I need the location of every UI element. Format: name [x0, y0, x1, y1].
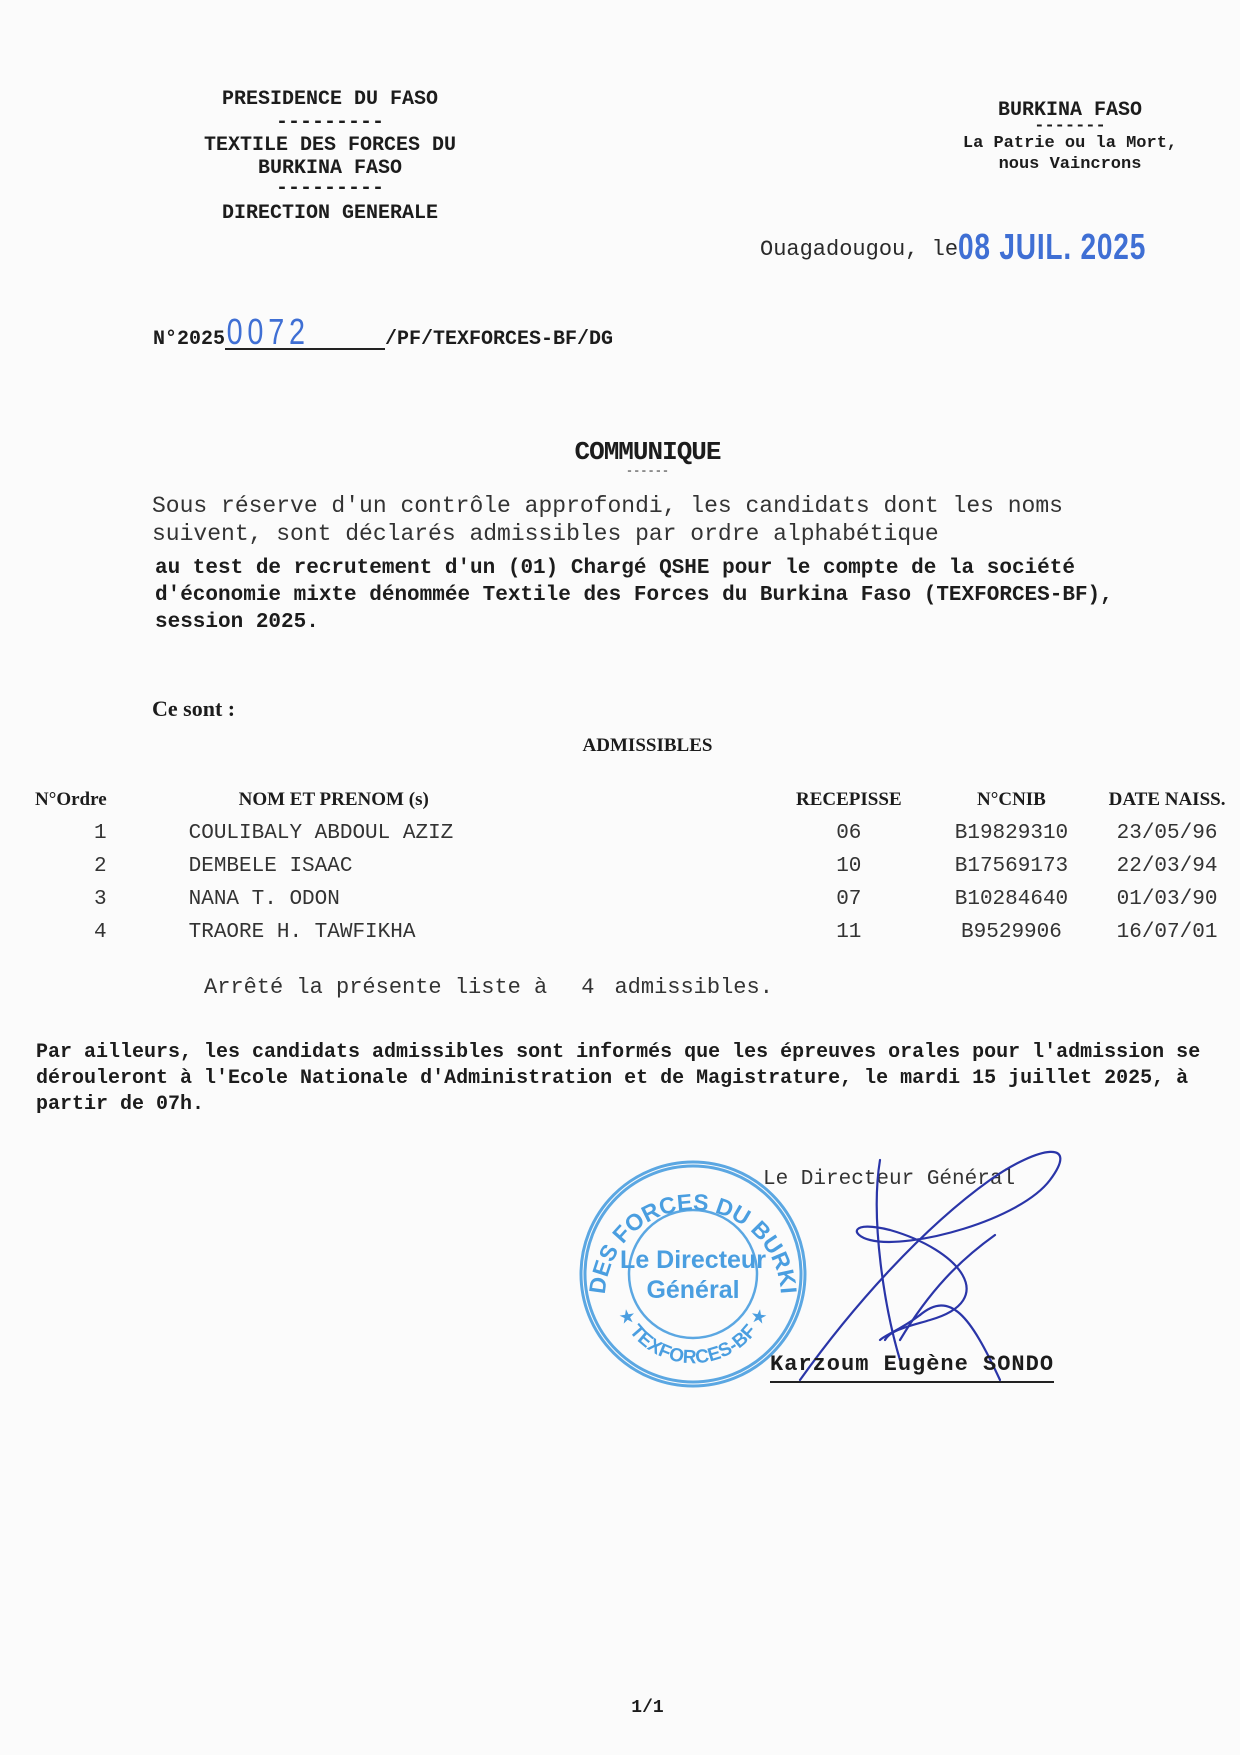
- seal-bottom-text: ★ TEXFORCES-BF ★: [613, 1305, 772, 1369]
- admissibles-count: 4: [581, 975, 594, 1000]
- reference-number: N°20250072/PF/TEXFORCES-BF/DG: [153, 316, 613, 351]
- cell-receipt: 07: [759, 883, 929, 916]
- cell-receipt: 06: [759, 817, 929, 850]
- closing-suffix: admissibles.: [614, 975, 772, 1000]
- table-row: 2 DEMBELE ISAAC 10 B17569173 22/03/94: [30, 850, 1240, 883]
- cell-birthdate: 22/03/94: [1094, 850, 1240, 883]
- country-header: BURKINA FASO ------- La Patrie ou la Mor…: [920, 100, 1220, 175]
- place-date: Ouagadougou, le08 JUIL. 2025: [760, 222, 1199, 264]
- cell-order: 3: [30, 883, 107, 916]
- list-title: ADMISSIBLES: [0, 735, 1240, 757]
- cell-order: 1: [30, 817, 107, 850]
- cell-birthdate: 16/07/01: [1094, 916, 1240, 949]
- reference-suffix: /PF/TEXFORCES-BF/DG: [385, 328, 613, 351]
- cell-receipt: 11: [759, 916, 929, 949]
- seal-center-line-2: Général: [646, 1276, 739, 1304]
- document-title: COMMUNIQUE: [0, 437, 1240, 467]
- cell-cnib: B17569173: [929, 850, 1094, 883]
- cell-cnib: B9529906: [929, 916, 1094, 949]
- cell-cnib: B10284640: [929, 883, 1094, 916]
- cell-name: NANA T. ODON: [107, 883, 759, 916]
- cell-name: TRAORE H. TAWFIKHA: [107, 916, 759, 949]
- date-stamp: 08 JUIL. 2025: [958, 226, 1146, 268]
- header-name: NOM ET PRENOM (s): [107, 783, 759, 817]
- cell-receipt: 10: [759, 850, 929, 883]
- place-label: Ouagadougou, le: [760, 237, 958, 262]
- table-header-row: N°Ordre NOM ET PRENOM (s) RECEPISSE N°CN…: [30, 783, 1240, 817]
- seal-center-line-1: Le Directeur: [620, 1246, 766, 1274]
- closing-prefix: Arrêté la présente liste à: [204, 975, 547, 1000]
- list-intro: Ce sont :: [152, 696, 235, 722]
- cell-order: 2: [30, 850, 107, 883]
- issuer-company: TEXTILE DES FORCES DU: [150, 134, 510, 157]
- header-cnib: N°CNIB: [929, 783, 1094, 817]
- intro-bold-text: au test de recrutement d'un (01) Chargé …: [155, 555, 1115, 636]
- signatory-name: Karzoum Eugène SONDO: [770, 1352, 1054, 1383]
- reference-stamp-number: 0072: [225, 316, 385, 350]
- cell-birthdate: 23/05/96: [1094, 817, 1240, 850]
- motto-line-1: La Patrie ou la Mort,: [920, 133, 1220, 154]
- cell-order: 4: [30, 916, 107, 949]
- oral-exam-notice: Par ailleurs, les candidats admissibles …: [36, 1040, 1216, 1118]
- cell-cnib: B19829310: [929, 817, 1094, 850]
- header-receipt: RECEPISSE: [759, 783, 929, 817]
- motto-line-2: nous Vaincrons: [920, 154, 1220, 175]
- cell-name: DEMBELE ISAAC: [107, 850, 759, 883]
- title-separator: ------: [0, 464, 1240, 478]
- table-row: 4 TRAORE H. TAWFIKHA 11 B9529906 16/07/0…: [30, 916, 1240, 949]
- header-separator: -------: [920, 121, 1220, 133]
- header-separator: ---------: [150, 111, 510, 134]
- admissibles-table: N°Ordre NOM ET PRENOM (s) RECEPISSE N°CN…: [30, 783, 1240, 949]
- reference-prefix: N°2025: [153, 328, 225, 351]
- table-row: 1 COULIBALY ABDOUL AZIZ 06 B19829310 23/…: [30, 817, 1240, 850]
- issuer-direction: DIRECTION GENERALE: [150, 202, 510, 225]
- header-birthdate: DATE NAISS.: [1094, 783, 1240, 817]
- intro-text: Sous réserve d'un contrôle approfondi, l…: [152, 492, 1112, 548]
- issuer-presidency: PRESIDENCE DU FASO: [150, 88, 510, 111]
- page-number: 1/1: [0, 1698, 1240, 1718]
- issuer-header: PRESIDENCE DU FASO --------- TEXTILE DES…: [150, 88, 510, 225]
- cell-birthdate: 01/03/90: [1094, 883, 1240, 916]
- table-row: 3 NANA T. ODON 07 B10284640 01/03/90: [30, 883, 1240, 916]
- header-separator: ---------: [150, 180, 510, 198]
- closing-statement: Arrêté la présente liste à4admissibles.: [204, 975, 773, 1000]
- cell-name: COULIBALY ABDOUL AZIZ: [107, 817, 759, 850]
- header-order: N°Ordre: [30, 783, 107, 817]
